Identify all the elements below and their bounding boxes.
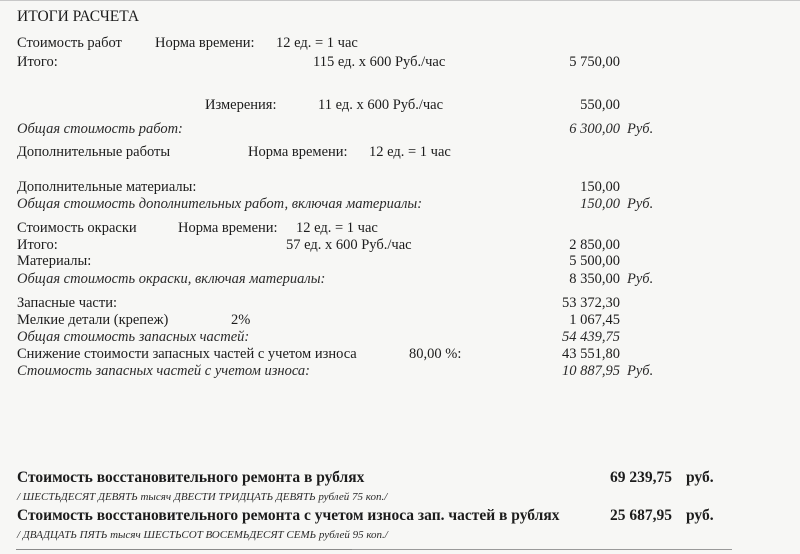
work-label: Стоимость работ xyxy=(17,35,122,51)
work-measure-value: 550,00 xyxy=(520,97,620,113)
paint-total-value: 2 850,00 xyxy=(520,237,620,253)
work-total-label: Итого: xyxy=(17,54,58,70)
parts-small-pct: 2% xyxy=(231,312,250,328)
paint-materials-label: Материалы: xyxy=(17,253,91,269)
extra-sum-label: Общая стоимость дополнительных работ, вк… xyxy=(17,196,422,212)
work-measure-label: Измерения: xyxy=(205,97,277,113)
parts-net-label: Стоимость запасных частей с учетом износ… xyxy=(17,363,310,379)
parts-small-label: Мелкие детали (крепеж) xyxy=(17,312,168,328)
repair-wear-total-value: 25 687,95 xyxy=(540,508,672,524)
parts-sum-value: 54 439,75 xyxy=(520,329,620,345)
paint-norm-label: Норма времени: xyxy=(178,220,278,236)
repair-total-currency: руб. xyxy=(686,470,714,486)
work-norm-value: 12 ед. = 1 час xyxy=(276,35,358,51)
paint-materials-value: 5 500,00 xyxy=(520,253,620,269)
paint-label: Стоимость окраски xyxy=(17,220,137,236)
repair-total-label: Стоимость восстановительного ремонта в р… xyxy=(17,470,364,486)
extra-materials-value: 150,00 xyxy=(520,179,620,195)
paint-norm-value: 12 ед. = 1 час xyxy=(296,220,378,236)
repair-wear-total-label: Стоимость восстановительного ремонта с у… xyxy=(17,508,559,524)
parts-spare-value: 53 372,30 xyxy=(520,295,620,311)
parts-wear-value: 43 551,80 xyxy=(520,346,620,362)
page-title: ИТОГИ РАСЧЕТА xyxy=(17,9,139,25)
work-sum-value: 6 300,00 xyxy=(520,121,620,137)
parts-small-value: 1 067,45 xyxy=(520,312,620,328)
parts-sum-label: Общая стоимость запасных частей: xyxy=(17,329,249,345)
parts-wear-pct: 80,00 %: xyxy=(409,346,461,362)
extra-label: Дополнительные работы xyxy=(17,144,170,160)
paint-total-calc: 57 ед. х 600 Руб./час xyxy=(286,237,412,253)
repair-wear-total-currency: руб. xyxy=(686,508,714,524)
extra-norm-value: 12 ед. = 1 час xyxy=(369,144,451,160)
repair-wear-total-words: / ДВАДЦАТЬ ПЯТЬ тысяч ШЕСТЬСОТ ВОСЕМЬДЕС… xyxy=(17,529,388,542)
parts-net-currency: Руб. xyxy=(627,363,653,379)
work-sum-currency: Руб. xyxy=(627,121,653,137)
paint-sum-currency: Руб. xyxy=(627,271,653,287)
paint-total-label: Итого: xyxy=(17,237,58,253)
parts-spare-label: Запасные части: xyxy=(17,295,117,311)
extra-sum-currency: Руб. xyxy=(627,196,653,212)
repair-total-value: 69 239,75 xyxy=(540,470,672,486)
repair-total-words: / ШЕСТЬДЕСЯТ ДЕВЯТЬ тысяч ДВЕСТИ ТРИДЦАТ… xyxy=(17,491,387,504)
work-measure-calc: 11 ед. х 600 Руб./час xyxy=(318,97,443,113)
scan-top-edge xyxy=(0,0,800,1)
paint-sum-label: Общая стоимость окраски, включая материа… xyxy=(17,271,325,287)
parts-net-value: 10 887,95 xyxy=(520,363,620,379)
work-total-calc: 115 ед. х 600 Руб./час xyxy=(313,54,445,70)
extra-sum-value: 150,00 xyxy=(520,196,620,212)
parts-wear-label: Снижение стоимости запасных частей с уче… xyxy=(17,346,357,362)
work-total-value: 5 750,00 xyxy=(520,54,620,70)
work-sum-label: Общая стоимость работ: xyxy=(17,121,183,137)
bottom-rule-right xyxy=(352,549,732,550)
paint-sum-value: 8 350,00 xyxy=(520,271,620,287)
extra-norm-label: Норма времени: xyxy=(248,144,348,160)
bottom-rule xyxy=(16,549,352,550)
extra-materials-label: Дополнительные материалы: xyxy=(17,179,196,195)
work-norm-label: Норма времени: xyxy=(155,35,255,51)
